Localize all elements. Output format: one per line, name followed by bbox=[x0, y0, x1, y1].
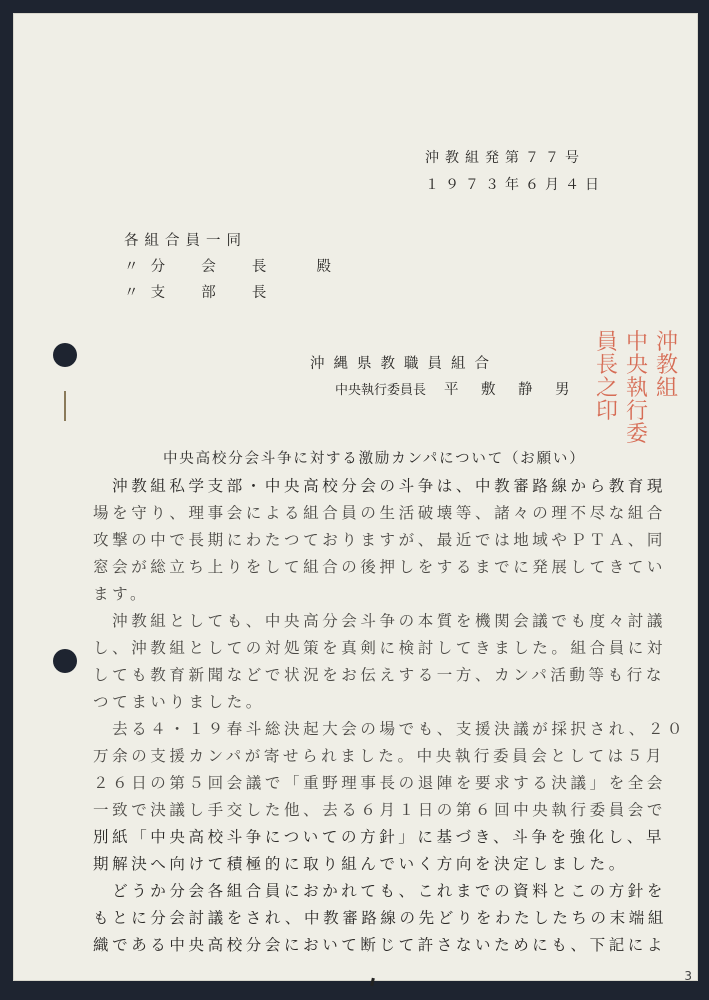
stray-mark bbox=[370, 978, 375, 986]
ditto-mark: 〃 bbox=[124, 255, 146, 276]
body-line: 沖教組私学支部・中央高校分会の斗争は、中教審路線から教育現 bbox=[93, 474, 666, 496]
punch-hole-top bbox=[53, 343, 77, 367]
body-line: 沖教組としても、中央高分会斗争の本質を機関会議でも度々討議 bbox=[93, 609, 666, 631]
addressee-line-2: 〃 分 会 長 殿 bbox=[124, 255, 331, 276]
sender-organization: 沖縄県教職員組合 bbox=[310, 352, 498, 373]
body-line: 窓会が総立ち上りをして組合の後押しをするまでに発展してきてい bbox=[93, 555, 666, 577]
seal-column-2: 中央執行委 bbox=[624, 331, 650, 426]
ditto-mark: 〃 bbox=[124, 281, 146, 302]
addressee-line-1: 各組合員一同 bbox=[124, 229, 247, 250]
addressee-label: 各組合員一同 bbox=[124, 229, 247, 250]
seal-column-3: 員長之印 bbox=[594, 331, 620, 426]
body-line: 期解決へ向けて積極的に取り組んでいく方向を決定しました。 bbox=[93, 852, 628, 874]
body-line: 攻撃の中で長期にわたつておりますが、最近では地域やＰＴＡ、同 bbox=[93, 528, 666, 550]
body-line: 去る４・１９春斗総決起大会の場でも、支援決議が採択され、２０ bbox=[93, 717, 686, 739]
body-line: 万余の支援カンパが寄せられました。中央執行委員会としては５月 bbox=[93, 744, 665, 766]
punch-hole-bottom bbox=[53, 649, 77, 673]
body-line: どうか分会各組合員におかれても、これまでの資料とこの方針を bbox=[93, 879, 666, 901]
honorific: 殿 bbox=[316, 255, 331, 276]
body-line: 別紙「中央高校斗争についての方針」に基づき、斗争を強化し、早 bbox=[93, 825, 665, 847]
staple-mark bbox=[64, 391, 66, 421]
body-line: 場を守り、理事会による組合員の生活破壊等、諸々の理不尽な組合 bbox=[93, 501, 666, 523]
sender-signature: 中央執行委員長平 敷 静 男 bbox=[335, 378, 574, 399]
body-line: 一致で決議し手交した他、去る６月１日の第６回中央執行委員会で bbox=[93, 798, 666, 820]
seal-column-1: 沖教組 bbox=[654, 331, 680, 426]
body-line: もとに分会討議をされ、中教審路線の先どりをわたしたちの末端組 bbox=[93, 906, 667, 928]
official-seal: 沖教組 中央執行委 員長之印 bbox=[546, 331, 680, 426]
sender-title: 中央執行委員長 bbox=[335, 383, 426, 398]
reference-number: 沖教組発第７７号 bbox=[425, 147, 585, 167]
addressee-line-3: 〃 支 部 長 bbox=[124, 281, 266, 302]
document-page: 沖教組発第７７号 １９７３年６月４日 各組合員一同 〃 分 会 長 殿 〃 支 … bbox=[13, 13, 698, 981]
body-line: ２６日の第５回会議で「重野理事長の退陣を要求する決議」を全会 bbox=[93, 771, 666, 793]
body-line: ます。 bbox=[93, 582, 149, 604]
subject-heading: 中央高校分会斗争に対する激励カンパについて（お願い） bbox=[163, 447, 586, 468]
page-number: 3 bbox=[684, 969, 692, 983]
body-line: し、沖教組としての対処策を真剣に検討してきました。組合員に対 bbox=[93, 636, 666, 658]
document-date: １９７３年６月４日 bbox=[425, 174, 605, 194]
body-line: つてまいりました。 bbox=[93, 690, 265, 712]
body-line: 織である中央高校分会において断じて許さないためにも、下記によ bbox=[93, 933, 666, 955]
body-line: しても教育新聞などで状況をお伝えする一方、カンパ活動等も行な bbox=[93, 663, 665, 685]
